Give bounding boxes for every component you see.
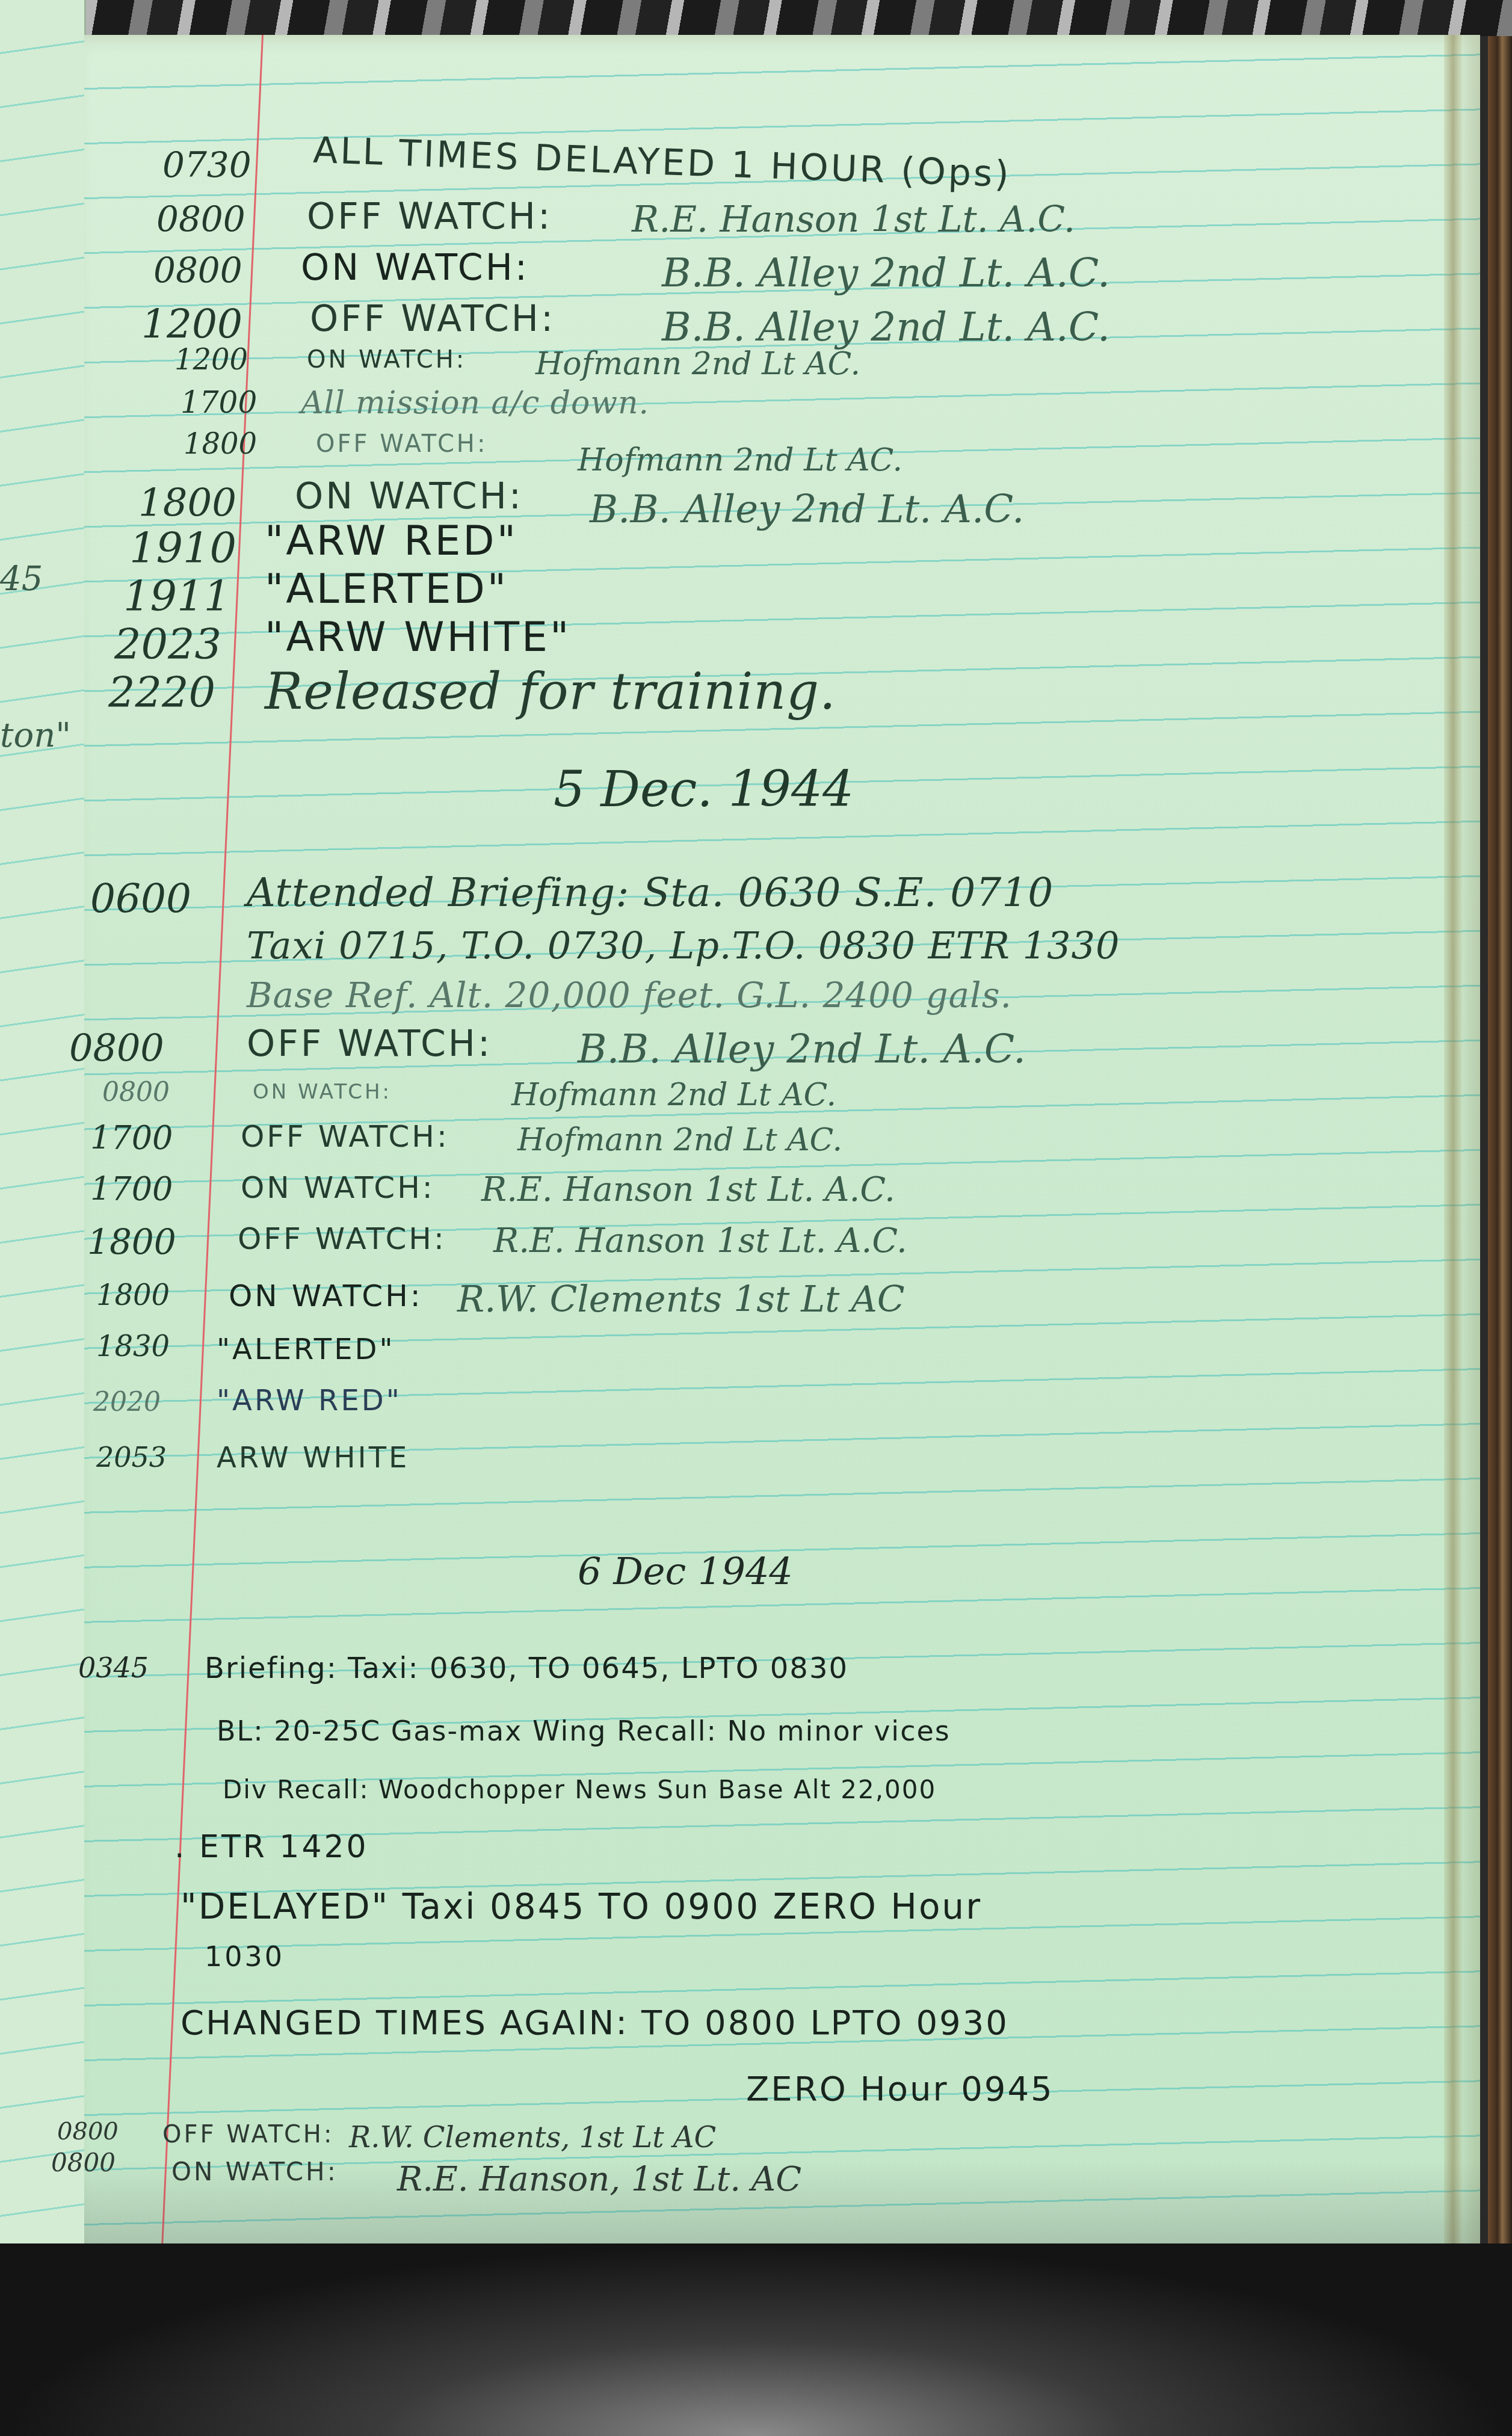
entry-text: "ARW WHITE" bbox=[265, 614, 571, 661]
signature: R.W. Clements, 1st Lt AC bbox=[349, 2121, 716, 2154]
entry-time: 2023 bbox=[114, 620, 221, 669]
entry-text: CHANGED TIMES AGAIN: TO 0800 LPTO 0930 bbox=[181, 2003, 1009, 2043]
entry-text: "ARW RED" bbox=[217, 1384, 402, 1417]
section-date: 6 Dec 1944 bbox=[578, 1549, 793, 1593]
entry-time: 1911 bbox=[123, 572, 230, 621]
left-page-fragment: 45 bbox=[0, 560, 43, 599]
signature: Hofmann 2nd Lt AC. bbox=[511, 1077, 836, 1113]
entry-text: Base Ref. Alt. 20,000 feet. G.L. 2400 ga… bbox=[247, 975, 1012, 1016]
entry-text: ON WATCH: bbox=[295, 475, 523, 517]
entry-text: "ALERTED" bbox=[265, 566, 508, 613]
entry-time: 2053 bbox=[96, 1441, 167, 1473]
entry-time: 0600 bbox=[90, 875, 191, 922]
entry-text: Released for training. bbox=[265, 662, 836, 721]
entry-text: OFF WATCH: bbox=[307, 196, 552, 238]
entry-text: ON WATCH: bbox=[301, 247, 529, 289]
entry-time: 1830 bbox=[96, 1330, 170, 1363]
book-cover-edge bbox=[1488, 36, 1512, 2382]
signature: R.E. Hanson 1st Lt. A.C. bbox=[493, 1221, 907, 1260]
entry-text: Briefing: Taxi: 0630, TO 0645, LPTO 0830 bbox=[205, 1651, 848, 1685]
entry-time: 1910 bbox=[129, 523, 236, 573]
entry-text: OFF WATCH: bbox=[238, 1221, 446, 1256]
signature: Hofmann 2nd Lt AC. bbox=[578, 442, 903, 478]
signature: R.E. Hanson 1st Lt. A.C. bbox=[632, 199, 1075, 241]
entry-text: ZERO Hour 0945 bbox=[746, 2070, 1054, 2109]
entry-text: ON WATCH: bbox=[241, 1170, 435, 1205]
signature: Hofmann 2nd Lt AC. bbox=[535, 346, 860, 382]
entry-time: 0730 bbox=[162, 144, 251, 185]
entry-text: Div Recall: Woodchopper News Sun Base Al… bbox=[223, 1775, 936, 1804]
entry-text: OFF WATCH: bbox=[247, 1023, 492, 1065]
entry-text: OFF WATCH: bbox=[162, 2121, 334, 2148]
entry-time: 1700 bbox=[90, 1170, 173, 1208]
entry-time: 2220 bbox=[108, 668, 215, 717]
entry-time: 1800 bbox=[96, 1278, 170, 1312]
entry-time: 1800 bbox=[87, 1221, 176, 1262]
left-page-fragment: ton" bbox=[0, 716, 71, 755]
background-bottom bbox=[0, 2243, 1512, 2436]
section-date: 5 Dec. 1944 bbox=[554, 761, 854, 818]
entry-time: 1700 bbox=[90, 1119, 173, 1157]
entry-text: "DELAYED" Taxi 0845 TO 0900 ZERO Hour bbox=[181, 1886, 982, 1927]
entry-text: 1030 bbox=[205, 1940, 285, 1973]
entry-time: 2020 bbox=[93, 1387, 161, 1417]
entry-text: ON WATCH: bbox=[229, 1278, 423, 1313]
background-top bbox=[0, 0, 1512, 36]
entry-time: 0800 bbox=[153, 250, 242, 291]
entry-text: ON WATCH: bbox=[307, 346, 466, 374]
entry-time: 0800 bbox=[102, 1077, 170, 1108]
entry-time: 1800 bbox=[138, 481, 236, 526]
entry-time: 0800 bbox=[69, 1026, 164, 1070]
entry-text: OFF WATCH: bbox=[310, 298, 555, 340]
entry-time: 0345 bbox=[78, 1651, 149, 1684]
page-fold bbox=[1444, 35, 1462, 2309]
entry-time: 1200 bbox=[174, 343, 248, 377]
entry-text: All mission a/c down. bbox=[301, 385, 649, 421]
signature: B.B. Alley 2nd Lt. A.C. bbox=[662, 304, 1110, 350]
entry-time: 0800 bbox=[57, 2118, 119, 2145]
entry-text: ON WATCH: bbox=[253, 1080, 392, 1104]
entry-text: OFF WATCH: bbox=[316, 430, 487, 458]
entry-text: Taxi 0715, T.O. 0730, Lp.T.O. 0830 ETR 1… bbox=[247, 924, 1120, 967]
entry-time: 1700 bbox=[181, 385, 257, 420]
entry-text: Attended Briefing: Sta. 0630 S.E. 0710 bbox=[247, 869, 1054, 916]
entry-text: "ALERTED" bbox=[217, 1333, 395, 1366]
entry-text: BL: 20-25C Gas-max Wing Recall: No minor… bbox=[217, 1715, 951, 1747]
signature: R.W. Clements 1st Lt AC bbox=[457, 1278, 905, 1321]
entry-time: 0800 bbox=[156, 199, 245, 239]
entry-text: OFF WATCH: bbox=[241, 1119, 449, 1154]
entry-text: ARW WHITE bbox=[217, 1441, 409, 1475]
signature: B.B. Alley 2nd Lt. A.C. bbox=[662, 250, 1110, 296]
left-page: 45 ton" bbox=[0, 0, 86, 2262]
signature: Hofmann 2nd Lt AC. bbox=[517, 1122, 842, 1158]
entry-time: 1800 bbox=[184, 427, 257, 461]
entry-text: "ARW RED" bbox=[265, 517, 518, 565]
signature: B.B. Alley 2nd Lt. A.C. bbox=[590, 487, 1024, 532]
signature: R.E. Hanson 1st Lt. A.C. bbox=[481, 1170, 895, 1209]
signature: B.B. Alley 2nd Lt. A.C. bbox=[578, 1026, 1026, 1072]
entry-time: 1200 bbox=[141, 301, 242, 347]
entry-text: . ETR 1420 bbox=[174, 1829, 369, 1865]
